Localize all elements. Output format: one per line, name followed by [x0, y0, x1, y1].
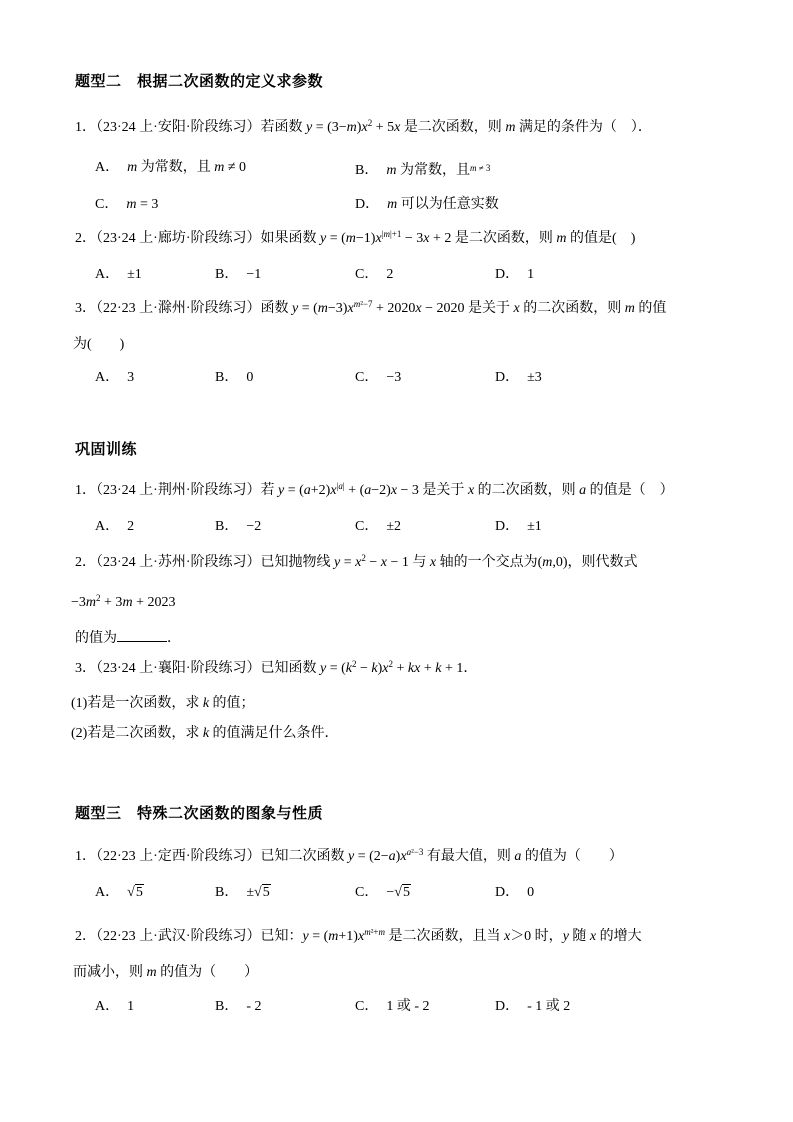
t2-q3-stem-line1: 3．（22·23 上·滁州·阶段练习）函数 y = (m−3)xm²−7 + 2…: [75, 299, 723, 319]
t2-q2-option-c: C．2: [355, 265, 495, 285]
gx-q1-option-d: D．±1: [495, 517, 723, 537]
gx-q3-stem: 3．（23·24 上·襄阳·阶段练习）已知函数 y = (k2 − k)x2 +…: [75, 659, 723, 679]
t2-q1-stem: 1．（23·24 上·安阳·阶段练习）若函数 y = (3−m)x2 + 5x …: [75, 118, 723, 138]
t2-q1-option-c: C．m = 3: [95, 195, 355, 215]
gx-q3-part1: (1)若是一次函数，求 k 的值；: [71, 694, 723, 714]
gx-q2-stem-line1: 2．（23·24 上·苏州·阶段练习）已知抛物线 y = x2 − x − 1 …: [75, 553, 723, 573]
t3-q2-option-a: A．1: [95, 997, 215, 1017]
t2-q2-options: A．±1 B．−1 C．2 D．1: [95, 265, 723, 285]
gx-q1-options: A．2 B．−2 C．±2 D．±1: [95, 517, 723, 537]
t3-q1-option-c: C．−√5: [355, 883, 495, 903]
t2-q1-options-ab: A．m 为常数，且 m ≠ 0 B．m 为常数，且m ≠ 3: [95, 158, 723, 181]
t3-q2-option-b: B．- 2: [215, 997, 355, 1017]
worksheet-page: 题型二 根据二次函数的定义求参数 1．（23·24 上·安阳·阶段练习）若函数 …: [0, 0, 793, 1122]
t2-q2-option-a: A．±1: [95, 265, 215, 285]
t2-q2-option-b: B．−1: [215, 265, 355, 285]
t3-q2-stem-line2: 而减小，则 m 的值为（ ）: [73, 963, 723, 983]
t3-q1-options: A．√5 B．±√5 C．−√5 D．0: [95, 883, 723, 903]
gx-q1-option-c: C．±2: [355, 517, 495, 537]
gx-q3-part2: (2)若是二次函数，求 k 的值满足什么条件．: [71, 724, 723, 744]
t2-q3-option-b: B．0: [215, 368, 355, 388]
t2-q3-options: A．3 B．0 C．−3 D．±3: [95, 368, 723, 388]
t2-q2-stem: 2．（23·24 上·廊坊·阶段练习）如果函数 y = (m−1)x|m|+1 …: [75, 229, 723, 249]
t3-q2-option-c: C．1 或 - 2: [355, 997, 495, 1017]
t2-q3-option-a: A．3: [95, 368, 215, 388]
t2-q1-option-b: B．m 为常数，且m ≠ 3: [355, 158, 723, 181]
t3-q2-options: A．1 B．- 2 C．1 或 - 2 D．- 1 或 2: [95, 997, 723, 1017]
gx-q1-option-b: B．−2: [215, 517, 355, 537]
t2-q1-option-d: D．m 可以为任意实数: [355, 195, 723, 215]
gx-q2-expression: −3m2 + 3m + 2023: [71, 593, 723, 613]
t3-q2-stem-line1: 2．（22·23 上·武汉·阶段练习）已知：y = (m+1)xm²+m 是二次…: [75, 927, 723, 947]
gx-q1-option-a: A．2: [95, 517, 215, 537]
t2-q1-option-a: A．m 为常数，且 m ≠ 0: [95, 158, 355, 181]
t3-q1-stem: 1．（22·23 上·定西·阶段练习）已知二次函数 y = (2−a)xa²−3…: [75, 847, 723, 867]
t2-q3-option-d: D．±3: [495, 368, 723, 388]
t3-q1-option-a: A．√5: [95, 883, 215, 903]
section-heading-t3: 题型三 特殊二次函数的图象与性质: [75, 804, 723, 824]
t2-q2-option-d: D．1: [495, 265, 723, 285]
t2-q3-stem-line2: 为( ): [73, 335, 723, 355]
t3-q1-option-d: D．0: [495, 883, 723, 903]
gx-q2-blank-line: 的值为．: [75, 627, 723, 649]
gx-q1-stem: 1．（23·24 上·荆州·阶段练习）若 y = (a+2)x|a| + (a−…: [75, 481, 723, 501]
section-heading-gx: 巩固训练: [75, 440, 723, 460]
t2-q1-options-cd: C．m = 3 D．m 可以为任意实数: [95, 195, 723, 215]
t3-q2-option-d: D．- 1 或 2: [495, 997, 723, 1017]
t2-q3-option-c: C．−3: [355, 368, 495, 388]
t3-q1-option-b: B．±√5: [215, 883, 355, 903]
section-heading-t2: 题型二 根据二次函数的定义求参数: [75, 72, 723, 92]
